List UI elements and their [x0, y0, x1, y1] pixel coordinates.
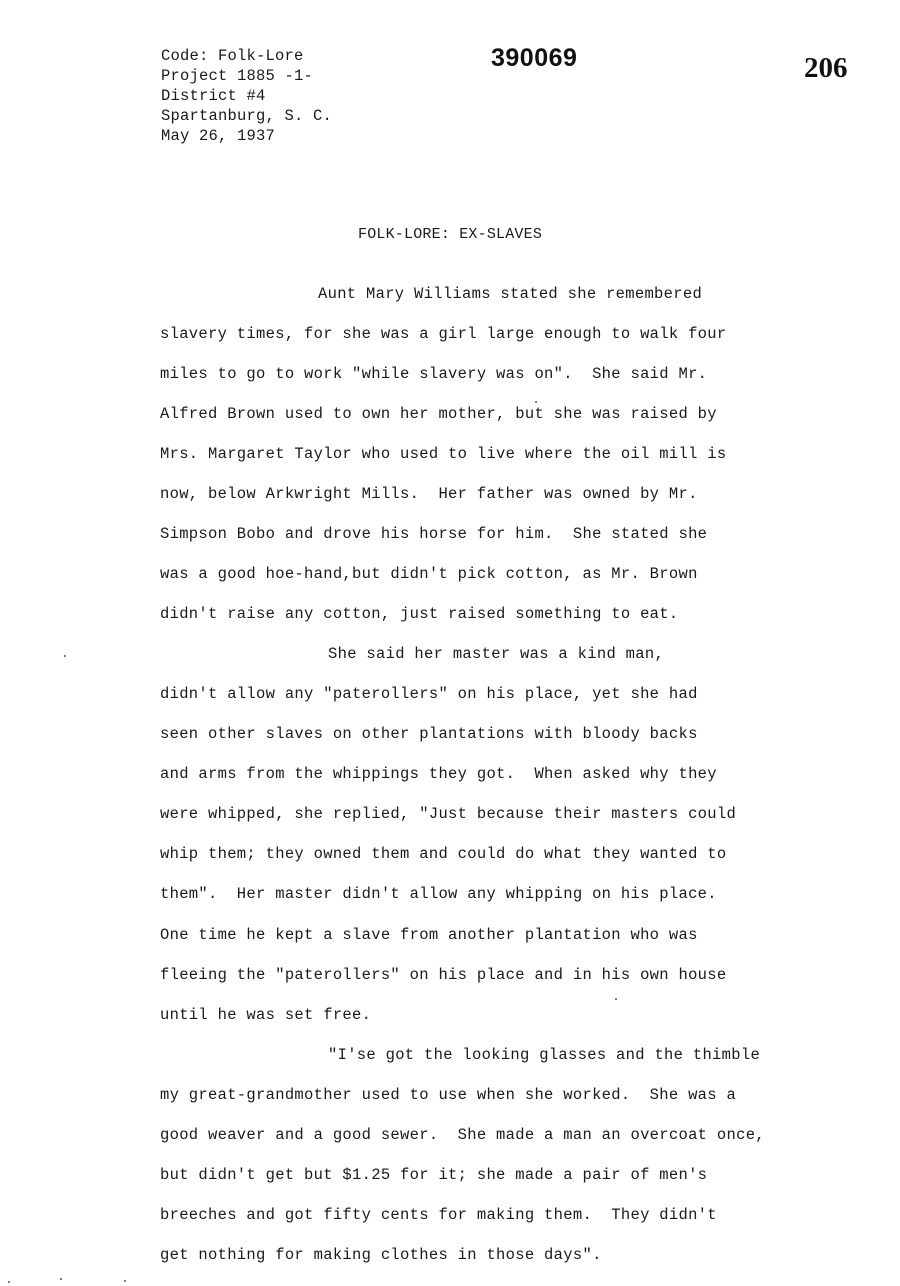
- body-line: seen other slaves on other plantations w…: [160, 724, 698, 744]
- body-line: didn't raise any cotton, just raised som…: [160, 604, 678, 624]
- scan-speck: [60, 1278, 62, 1280]
- body-line: One time he kept a slave from another pl…: [160, 925, 698, 945]
- document-header: Code: Folk-Lore Project 1885 -1- Distric…: [161, 46, 332, 146]
- scan-speck: [8, 1281, 10, 1283]
- scan-speck: [535, 401, 537, 403]
- scan-speck: [615, 998, 617, 1000]
- body-line: now, below Arkwright Mills. Her father w…: [160, 484, 698, 504]
- header-location: Spartanburg, S. C.: [161, 106, 332, 126]
- scan-speck: [124, 1280, 126, 1282]
- body-line: was a good hoe-hand,but didn't pick cott…: [160, 564, 698, 584]
- body-line: until he was set free.: [160, 1005, 371, 1025]
- body-line: my great-grandmother used to use when sh…: [160, 1085, 736, 1105]
- body-line: "I'se got the looking glasses and the th…: [328, 1045, 760, 1065]
- document-title: FOLK-LORE: EX-SLAVES: [358, 226, 542, 243]
- body-line: Alfred Brown used to own her mother, but…: [160, 404, 717, 424]
- header-district: District #4: [161, 86, 332, 106]
- body-line: were whipped, she replied, "Just because…: [160, 804, 736, 824]
- body-line: breeches and got fifty cents for making …: [160, 1205, 717, 1225]
- header-project: Project 1885 -1-: [161, 66, 332, 86]
- header-code: Code: Folk-Lore: [161, 46, 332, 66]
- body-line: Aunt Mary Williams stated she remembered: [318, 284, 702, 304]
- body-line: and arms from the whippings they got. Wh…: [160, 764, 717, 784]
- body-line: slavery times, for she was a girl large …: [160, 324, 727, 344]
- header-date: May 26, 1937: [161, 126, 332, 146]
- document-page: Code: Folk-Lore Project 1885 -1- Distric…: [0, 0, 900, 1286]
- body-line: them". Her master didn't allow any whipp…: [160, 884, 717, 904]
- body-line: miles to go to work "while slavery was o…: [160, 364, 707, 384]
- document-id-stamp: 390069: [491, 44, 577, 73]
- scan-speck: [64, 655, 66, 657]
- body-line: whip them; they owned them and could do …: [160, 844, 727, 864]
- body-line: Simpson Bobo and drove his horse for him…: [160, 524, 707, 544]
- body-line: Mrs. Margaret Taylor who used to live wh…: [160, 444, 727, 464]
- body-line: She said her master was a kind man,: [328, 644, 664, 664]
- body-line: fleeing the "paterollers" on his place a…: [160, 965, 727, 985]
- body-line: get nothing for making clothes in those …: [160, 1245, 602, 1265]
- page-number: 206: [804, 52, 848, 85]
- body-line: didn't allow any "paterollers" on his pl…: [160, 684, 698, 704]
- body-line: but didn't get but $1.25 for it; she mad…: [160, 1165, 707, 1185]
- body-line: good weaver and a good sewer. She made a…: [160, 1125, 765, 1145]
